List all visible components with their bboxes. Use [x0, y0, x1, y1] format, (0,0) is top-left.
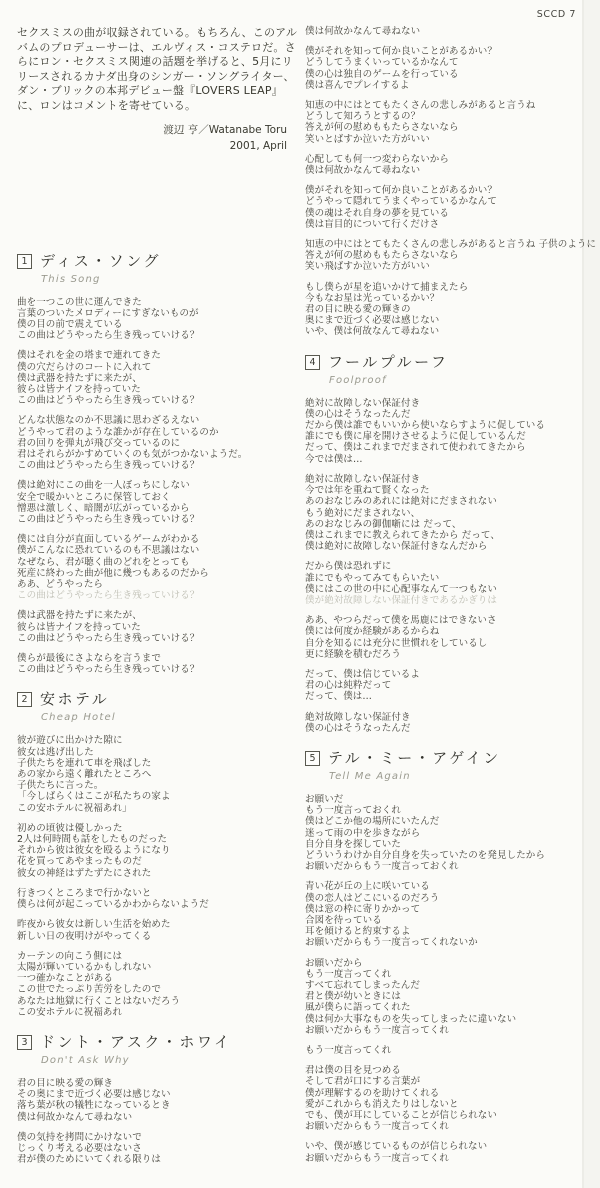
song-2-header: 2安ホテル Cheap Hotel — [17, 688, 289, 723]
text-line: お願いだからもう一度言っておくれ — [305, 861, 583, 872]
text-line: もし僕らが星を追いかけて捕まえたら — [305, 282, 583, 293]
lyric-stanza: ああ、やつらだって僕を馬鹿にはできないさ僕には何度か経験があるからね自分を知るに… — [305, 615, 583, 660]
lyric-stanza: 僕の気持を拷問にかけないでじっくり考える必要はないさ君が僕のためにいてくれる限り… — [17, 1132, 289, 1166]
text-line: 僕がこんなに恐れているのも不思議はない — [17, 545, 289, 556]
lyric-stanza: 心配しても何一つ変わらないから僕は何故かなんて尋ねない — [305, 154, 583, 176]
text-line: 愛がこれからも消えたりはしないと — [305, 1099, 583, 1110]
lyric-stanza: 僕らが最後にさよならを言うまでこの曲はどうやったら生き残っていける？ — [17, 653, 289, 675]
lyric-stanza: 僕は何故かなんて尋ねない — [305, 26, 583, 37]
lyric-stanza: カーテンの向こう側には太陽が輝いているかもしれない一つ確かなことがあるこの世でた… — [17, 951, 289, 1018]
song-4-header: 4フールプルーフ Foolproof — [305, 351, 583, 386]
text-line: 僕がそれを知って何か良いことがあるかい？ — [305, 185, 583, 196]
text-line: あなたは地獄に行くことはないだろう — [17, 996, 289, 1007]
text-line: 知恵の中にはとてもたくさんの悲しみがあると言うね 子供のように — [305, 239, 583, 250]
text-line: 自分を知るには充分に世慣れをしているし — [305, 638, 583, 649]
text-line: じっくり考える必要はないさ — [17, 1143, 289, 1154]
text-line: ダン・ブリックの本邦デビュー盤『LOVERS LEAP』 — [17, 84, 289, 99]
booklet-page: SCCD 7 セクスミスの曲が収録されている。もちろん、このアルバムのプロデュー… — [0, 0, 600, 1188]
text-line: 誰にでも僕に扉を開けさせるように促しているんだ — [305, 431, 583, 442]
text-line: 僕が理解するのを助けてくれる — [305, 1088, 583, 1099]
text-line: ああ、やつらだって僕を馬鹿にはできないさ — [305, 615, 583, 626]
text-line: だって、僕は… — [305, 691, 583, 702]
song-3-header: 3ドント・アスク・ホワイ Don't Ask Why — [17, 1031, 289, 1066]
text-line: 僕は絶対にこの曲を一人ぼっちにしない — [17, 480, 289, 491]
text-line: 子供たちを連れて車を飛ばした — [17, 758, 289, 769]
text-line: 迷って雨の中を歩きながら — [305, 828, 583, 839]
text-line: 僕は何故かなんて尋ねない — [305, 26, 583, 37]
text-line: 僕の心はそうなったんだ — [305, 409, 583, 420]
text-line: 答えが何の慰めももたらさないなら — [305, 122, 583, 133]
text-line: もう一度言ってくれ — [305, 969, 583, 980]
two-column-layout: セクスミスの曲が収録されている。もちろん、このアルバムのプロデューサーは、エルヴ… — [17, 26, 583, 1174]
lyric-stanza: 昨夜から彼女は新しい生活を始めた新しい日の夜明けがやってくる — [17, 919, 289, 941]
text-line: どうやって隠れてうまくやっているかなんて — [305, 196, 583, 207]
text-line: 君の回りを弾丸が飛び交っているのに — [17, 438, 289, 449]
lyric-stanza: 僕はそれを金の塔まで連れてきた僕の穴だらけのコートに入れて僕は武器を持たずに来た… — [17, 350, 289, 406]
text-line: 僕は何か大事なものを失ってしまったに違いない — [305, 1014, 583, 1025]
lyric-stanza: 絶対故障しない保証付き僕の心はそうなったんだ — [305, 712, 583, 734]
handwritten-english-title: Foolproof — [329, 375, 583, 386]
track-number-box: 1 — [17, 254, 32, 269]
text-line: 僕らは何が起こっているかわからないようだ — [17, 899, 289, 910]
song-4-lyrics: 絶対に故障しない保証付き僕の心はそうなったんだだから僕は誰でもいいから使いならす… — [305, 398, 583, 734]
text-line: この曲はどうやったら生き残っていける？ — [17, 514, 289, 525]
text-line: 君はそれらがかすめていくのも気がつかないようだ。 — [17, 449, 289, 460]
text-line: どうしてうまくいっているかなんて — [305, 57, 583, 68]
track-number-box: 5 — [305, 751, 320, 766]
text-line: 風が僕らに語ってくれた — [305, 1002, 583, 1013]
text-line: なぜなら、君が聴く曲のどれをとっても — [17, 557, 289, 568]
text-line: その奥にまで近づく必要は感じない — [17, 1089, 289, 1100]
text-line: 絶対に故障しない保証付き — [305, 398, 583, 409]
text-line: あの家から遠く離れたところへ — [17, 769, 289, 780]
text-line: 笑いとばすか泣いた方がいい — [305, 134, 583, 145]
text-line: 僕がそれを知って何か良いことがあるかい？ — [305, 46, 583, 57]
text-line: でも、僕が耳にしていることが信じられない — [305, 1110, 583, 1121]
text-line: 僕は盲目的について行くだけさ — [305, 219, 583, 230]
page-right-shade — [584, 0, 600, 1188]
text-line: 初めの頃彼は優しかった — [17, 823, 289, 834]
lyric-stanza: お願いだからもう一度言ってくれすべて忘れてしまったんだ君と僕が幼いときには風が僕… — [305, 958, 583, 1036]
text-line: もう一度言っておくれ — [305, 805, 583, 816]
track-number-box: 4 — [305, 355, 320, 370]
text-line: 「今しばらくはここが私たちの家よ — [17, 791, 289, 802]
text-line: 死産に終わった曲が他に幾つもあるのだから — [17, 568, 289, 579]
text-line: この曲はどうやったら生き残っていける？ — [17, 395, 289, 406]
text-line: 君の目に映る愛の輝き — [17, 1078, 289, 1089]
song-title: 安ホテル — [40, 690, 109, 708]
text-line: に、ロンはコメントを寄せている。 — [17, 99, 289, 114]
handwritten-english-title: Don't Ask Why — [41, 1055, 289, 1066]
text-line: 誰にでもやってみてもらいたい — [305, 573, 583, 584]
text-line: 僕は何故かなんて尋ねない — [17, 1112, 289, 1123]
credit-block: 渡辺 亨／Watanabe Toru 2001, April — [17, 122, 289, 154]
handwritten-english-title: Tell Me Again — [329, 771, 583, 782]
text-line: 笑い飛ばすか泣いた方がいい — [305, 261, 583, 272]
text-line: 僕らが最後にさよならを言うまで — [17, 653, 289, 664]
text-line: この曲はどうやったら生き残っていける？ — [17, 460, 289, 471]
song-3-lyrics-continuation: 僕は何故かなんて尋ねない僕がそれを知って何か良いことがあるかい？どうしてうまくい… — [305, 26, 583, 338]
song-5-header: 5テル・ミー・アゲイン Tell Me Again — [305, 747, 583, 782]
text-line: 一つ確かなことがある — [17, 973, 289, 984]
text-line: 君は僕の目を見つめる — [305, 1065, 583, 1076]
text-line: あのおなじみの御伽噺には だって、 — [305, 519, 583, 530]
text-line: 僕が絶対故障しない保証付きであるかぎりは — [305, 595, 583, 606]
text-line: それから彼は彼女を殴るようになり — [17, 845, 289, 856]
text-line: 今もなお星は光っているかい？ — [305, 293, 583, 304]
text-line: 奥にまで近づく必要は感じない — [305, 315, 583, 326]
lyric-stanza: 初めの頃彼は優しかった2人は何時間も話をしたものだったそれから彼は彼女を殴るよう… — [17, 823, 289, 879]
text-line: 僕にはこの世の中に心配事なんて一つもない — [305, 584, 583, 595]
lyric-stanza: だから僕は恐れずに誰にでもやってみてもらいたい僕にはこの世の中に心配事なんて一つ… — [305, 561, 583, 606]
lyric-stanza: 僕には自分が直面しているゲームがわかる僕がこんなに恐れているのも不思議はないなぜ… — [17, 534, 289, 601]
lyric-stanza: いや、僕が感じているものが信じられないお願いだからもう一度言ってくれ — [305, 1141, 583, 1163]
text-line: この世でたっぷり苦労をしたので — [17, 984, 289, 995]
text-line: どういうわけか自分自身を失っていたのを発見したから — [305, 850, 583, 861]
lyric-stanza: 青い花が丘の上に咲いている僕の恋人はどこにいるのだろう僕は窓の枠に寄りかかって合… — [305, 881, 583, 948]
text-line: 曲を一つこの世に運んできた — [17, 297, 289, 308]
catalog-number: SCCD 7 — [537, 9, 576, 20]
text-line: どうして知ろうとするの？ — [305, 111, 583, 122]
text-line: 僕は喜んでプレイするよ — [305, 80, 583, 91]
text-line: 僕は武器を持たずに来たが、 — [17, 373, 289, 384]
lyric-stanza: もう一度言ってくれ — [305, 1045, 583, 1056]
text-line: 僕には何度か経験があるからね — [305, 626, 583, 637]
text-line: だって、僕はこれまでだまされて使われてきたから — [305, 442, 583, 453]
track-number-box: 2 — [17, 692, 32, 707]
lyric-stanza: もし僕らが星を追いかけて捕まえたら今もなお星は光っているかい？君の目に映る愛の輝… — [305, 282, 583, 338]
text-line: 僕の魂はそれ自身の夢を見ている — [305, 208, 583, 219]
text-line: お願いだからもう一度言ってくれないか — [305, 937, 583, 948]
text-line: 彼が遊びに出かけた隙に — [17, 735, 289, 746]
lyric-stanza: だって、僕は信じているよ君の心は純粋だってだって、僕は… — [305, 669, 583, 703]
text-line: 更に経験を積むだろう — [305, 649, 583, 660]
text-line: この曲はどうやったら生き残っていける？ — [17, 590, 289, 601]
text-line: セクスミスの曲が収録されている。もちろん、このアル — [17, 26, 289, 41]
lyric-stanza: 僕は絶対にこの曲を一人ぼっちにしない安全で暖かいところに保管しておく憎悪は激しく… — [17, 480, 289, 525]
song-2-lyrics: 彼が遊びに出かけた隙に彼女は逃げ出した子供たちを連れて車を飛ばしたあの家から遠く… — [17, 735, 289, 1017]
text-line: バムのプロデューサーは、エルヴィス・コステロだ。さ — [17, 41, 289, 56]
text-line: 答えが何の慰めももたらさないなら — [305, 250, 583, 261]
text-line: この曲はどうやったら生き残っていける？ — [17, 330, 289, 341]
text-line: 言葉のついたメロディーにすぎないものが — [17, 308, 289, 319]
text-line: ああ、どうやったら — [17, 579, 289, 590]
text-line: どんな状態なのか不思議に思わざるえない — [17, 415, 289, 426]
text-line: 君の心は純粋だって — [305, 680, 583, 691]
song-title: ディス・ソング — [40, 252, 161, 270]
text-line: カーテンの向こう側には — [17, 951, 289, 962]
lyric-stanza: 僕は武器を持たずに来たが、彼らは皆ナイフを持っていたこの曲はどうやったら生き残っ… — [17, 610, 289, 644]
lyric-stanza: 曲を一つこの世に運んできた言葉のついたメロディーにすぎないものが僕の目の前で震え… — [17, 297, 289, 342]
text-line: 2人は何時間も話をしたものだった — [17, 834, 289, 845]
lyric-stanza: 君は僕の目を見つめるそして君が口にする言葉が僕が理解するのを助けてくれる愛がこれ… — [305, 1065, 583, 1132]
text-line: お願いだから — [305, 958, 583, 969]
lyric-stanza: 僕がそれを知って何か良いことがあるかい？どうしてうまくいっているかなんて僕の心は… — [305, 46, 583, 91]
intro-paragraph: セクスミスの曲が収録されている。もちろん、このアルバムのプロデューサーは、エルヴ… — [17, 26, 289, 114]
text-line: お願いだ — [305, 794, 583, 805]
left-column: セクスミスの曲が収録されている。もちろん、このアルバムのプロデューサーは、エルヴ… — [17, 26, 289, 1174]
text-line: 彼女は逃げ出した — [17, 747, 289, 758]
text-line: いや、僕が感じているものが信じられない — [305, 1141, 583, 1152]
text-line: らにロン・セクスミス関連の話題を挙げると、5月にリ — [17, 55, 289, 70]
text-line: あのおなじみのあれには絶対にだまされない — [305, 496, 583, 507]
text-line: 彼らは皆ナイフを持っていた — [17, 384, 289, 395]
text-line: 絶対故障しない保証付き — [305, 712, 583, 723]
text-line: お願いだからもう一度言ってくれ — [305, 1025, 583, 1036]
text-line: 安全で暖かいところに保管しておく — [17, 492, 289, 503]
lyric-stanza: 絶対に故障しない保証付き僕の心はそうなったんだだから僕は誰でもいいから使いならす… — [305, 398, 583, 465]
text-line: 今では僕は… — [305, 454, 583, 465]
text-line: 青い花が丘の上に咲いている — [305, 881, 583, 892]
lyric-stanza: 僕がそれを知って何か良いことがあるかい？どうやって隠れてうまくやっているかなんて… — [305, 185, 583, 230]
text-line: 合図を待っている — [305, 915, 583, 926]
text-line: 花を買ってあやまったものだ — [17, 856, 289, 867]
song-3-lyrics: 君の目に映る愛の輝きその奥にまで近づく必要は感じない落ち葉が秋の犠牲になっている… — [17, 1078, 289, 1165]
text-line: 耳を傾けると約束するよ — [305, 926, 583, 937]
text-line: 自分自身を探していた — [305, 839, 583, 850]
text-line: 僕の心は独自のゲームを行っている — [305, 69, 583, 80]
text-line: 憎悪は激しく、暗闇が広がっているから — [17, 503, 289, 514]
text-line: リースされるカナダ出身のシンガー・ソングライター、 — [17, 70, 289, 85]
text-line: 僕は絶対に故障しない保証付きなんだから — [305, 541, 583, 552]
text-line: お願いだからもう一度言ってくれ — [305, 1121, 583, 1132]
text-line: 君の目に映る愛の輝きの — [305, 304, 583, 315]
lyric-stanza: お願いだもう一度言っておくれ僕はどこか他の場所にいたんだ迷って雨の中を歩きながら… — [305, 794, 583, 872]
song-1-lyrics: 曲を一つこの世に運んできた言葉のついたメロディーにすぎないものが僕の目の前で震え… — [17, 297, 289, 676]
text-line: 僕の目の前で震えている — [17, 319, 289, 330]
text-line: そして君が口にする言葉が — [305, 1076, 583, 1087]
lyric-stanza: どんな状態なのか不思議に思わざるえないどうやって君のような誰かが存在しているのか… — [17, 415, 289, 471]
text-line: 絶対に故障しない保証付き — [305, 474, 583, 485]
song-1-header: 1ディス・ソング This Song — [17, 250, 289, 285]
song-5-lyrics: お願いだもう一度言っておくれ僕はどこか他の場所にいたんだ迷って雨の中を歩きながら… — [305, 794, 583, 1164]
text-line: もう絶対にだまされない、 — [305, 508, 583, 519]
text-line: 落ち葉が秋の犠牲になっているとき — [17, 1100, 289, 1111]
text-line: 行きつくところまで行かないと — [17, 888, 289, 899]
track-number-box: 3 — [17, 1035, 32, 1050]
text-line: だって、僕は信じているよ — [305, 669, 583, 680]
text-line: 彼女の神経はずたずたにされた — [17, 868, 289, 879]
text-line: 僕の穴だらけのコートに入れて — [17, 362, 289, 373]
text-line: だから僕は誰でもいいから使いならすように促している — [305, 420, 583, 431]
lyric-stanza: 彼が遊びに出かけた隙に彼女は逃げ出した子供たちを連れて車を飛ばしたあの家から遠く… — [17, 735, 289, 813]
text-line: この安ホテルに祝福あれ」 — [17, 803, 289, 814]
text-line: 僕はそれを金の塔まで連れてきた — [17, 350, 289, 361]
lyric-stanza: 知恵の中にはとてもたくさんの悲しみがあると言うね 子供のように答えが何の慰めもも… — [305, 239, 583, 273]
text-line: 昨夜から彼女は新しい生活を始めた — [17, 919, 289, 930]
lyric-stanza: 絶対に故障しない保証付き今では年を重ねて賢くなったあのおなじみのあれには絶対にだ… — [305, 474, 583, 552]
text-line: 知恵の中にはとてもたくさんの悲しみがあると言うね — [305, 100, 583, 111]
text-line: この曲はどうやったら生き残っていける？ — [17, 633, 289, 644]
credit-name: 渡辺 亨／Watanabe Toru — [17, 122, 287, 138]
text-line: 彼らは皆ナイフを持っていた — [17, 622, 289, 633]
credit-date: 2001, April — [17, 138, 287, 154]
text-line: もう一度言ってくれ — [305, 1045, 583, 1056]
text-line: 今では年を重ねて賢くなった — [305, 485, 583, 496]
text-line: だから僕は恐れずに — [305, 561, 583, 572]
handwritten-english-title: This Song — [41, 274, 289, 285]
song-title: テル・ミー・アゲイン — [328, 749, 501, 767]
right-column: 僕は何故かなんて尋ねない僕がそれを知って何か良いことがあるかい？どうしてうまくい… — [305, 26, 583, 1174]
text-line: 僕はどこか他の場所にいたんだ — [305, 816, 583, 827]
lyric-stanza: 君の目に映る愛の輝きその奥にまで近づく必要は感じない落ち葉が秋の犠牲になっている… — [17, 1078, 289, 1123]
lyric-stanza: 知恵の中にはとてもたくさんの悲しみがあると言うねどうして知ろうとするの？答えが何… — [305, 100, 583, 145]
lyric-stanza: 行きつくところまで行かないと僕らは何が起こっているかわからないようだ — [17, 888, 289, 910]
text-line: この曲はどうやったら生き残っていける？ — [17, 664, 289, 675]
text-line: 君と僕が幼いときには — [305, 991, 583, 1002]
text-line: お願いだからもう一度言ってくれ — [305, 1153, 583, 1164]
text-line: 子供たちに言った。 — [17, 780, 289, 791]
text-line: 君が僕のためにいてくれる限りは — [17, 1154, 289, 1165]
text-line: 僕の心はそうなったんだ — [305, 723, 583, 734]
text-line: この安ホテルに祝福あれ — [17, 1007, 289, 1018]
text-line: 僕は窓の枠に寄りかかって — [305, 904, 583, 915]
text-line: 僕は武器を持たずに来たが、 — [17, 610, 289, 621]
text-line: 僕の気持を拷問にかけないで — [17, 1132, 289, 1143]
text-line: 僕には自分が直面しているゲームがわかる — [17, 534, 289, 545]
text-line: いや、僕は何故なんて尋ねない — [305, 326, 583, 337]
text-line: 太陽が輝いているかもしれない — [17, 962, 289, 973]
text-line: 新しい日の夜明けがやってくる — [17, 931, 289, 942]
text-line: 僕はこれまでに教えられてきたから だって、 — [305, 530, 583, 541]
text-line: どうやって君のような誰かが存在しているのか — [17, 427, 289, 438]
text-line: 僕の恋人はどこにいるのだろう — [305, 893, 583, 904]
text-line: 僕は何故かなんて尋ねない — [305, 165, 583, 176]
song-title: ドント・アスク・ホワイ — [40, 1033, 231, 1051]
text-line: 心配しても何一つ変わらないから — [305, 154, 583, 165]
song-title: フールプルーフ — [328, 353, 448, 371]
text-line: すべて忘れてしまったんだ — [305, 980, 583, 991]
handwritten-english-title: Cheap Hotel — [41, 712, 289, 723]
